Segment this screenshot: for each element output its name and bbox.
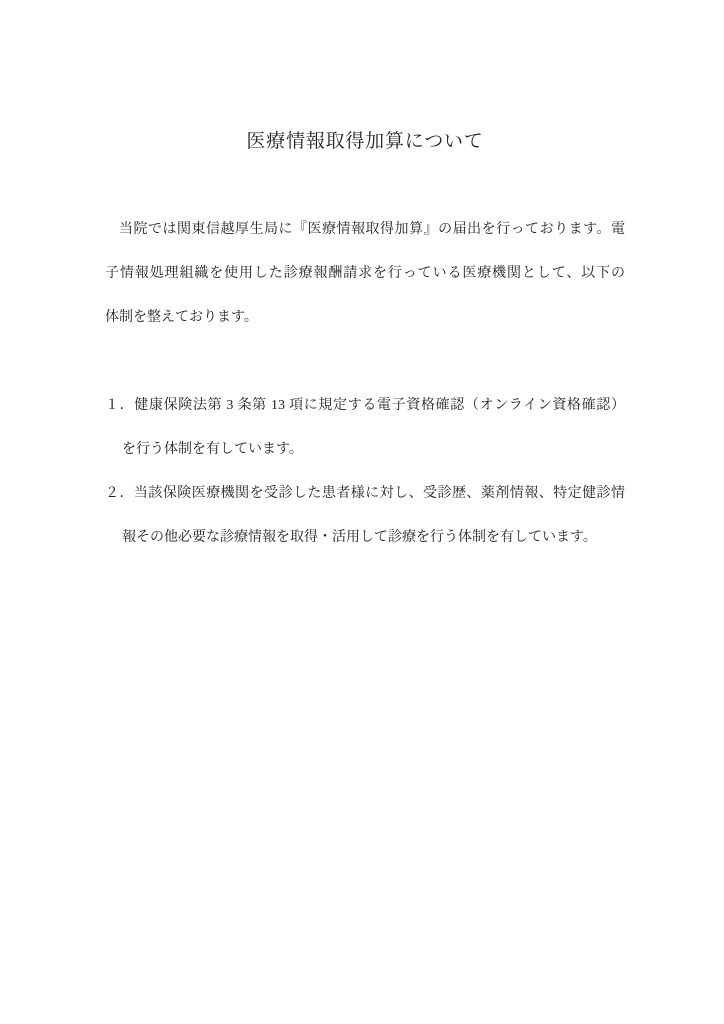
intro-line-2: 子情報処理組織を使用した診療報酬請求を行っている医療機関として、以下の	[105, 252, 625, 296]
list-item-1-line-1: １．健康保険法第 3 条第 13 項に規定する電子資格確認（オンライン資格確認）	[105, 384, 625, 428]
intro-paragraph: 当院では関東信越厚生局に『医療情報取得加算』の届出を行っております。電 子情報処…	[105, 208, 625, 340]
document-page: 医療情報取得加算について 当院では関東信越厚生局に『医療情報取得加算』の届出を行…	[0, 0, 724, 1024]
intro-line-1: 当院では関東信越厚生局に『医療情報取得加算』の届出を行っております。電	[105, 208, 625, 252]
list-item-2-line-2: 報その他必要な診療情報を取得・活用して診療を行う体制を有しています。	[105, 516, 625, 560]
list-item-1: １．健康保険法第 3 条第 13 項に規定する電子資格確認（オンライン資格確認）…	[105, 384, 625, 472]
document-content: 医療情報取得加算について 当院では関東信越厚生局に『医療情報取得加算』の届出を行…	[0, 0, 724, 560]
page-title: 医療情報取得加算について	[105, 120, 625, 164]
list-item-2: ２．当該保険医療機関を受診した患者様に対し、受診歴、薬剤情報、特定健診情 報その…	[105, 472, 625, 560]
intro-line-3: 体制を整えております。	[105, 296, 625, 340]
list-item-2-line-1: ２．当該保険医療機関を受診した患者様に対し、受診歴、薬剤情報、特定健診情	[105, 472, 625, 516]
numbered-list: １．健康保険法第 3 条第 13 項に規定する電子資格確認（オンライン資格確認）…	[105, 384, 625, 560]
list-item-1-line-2: を行う体制を有しています。	[105, 428, 625, 472]
